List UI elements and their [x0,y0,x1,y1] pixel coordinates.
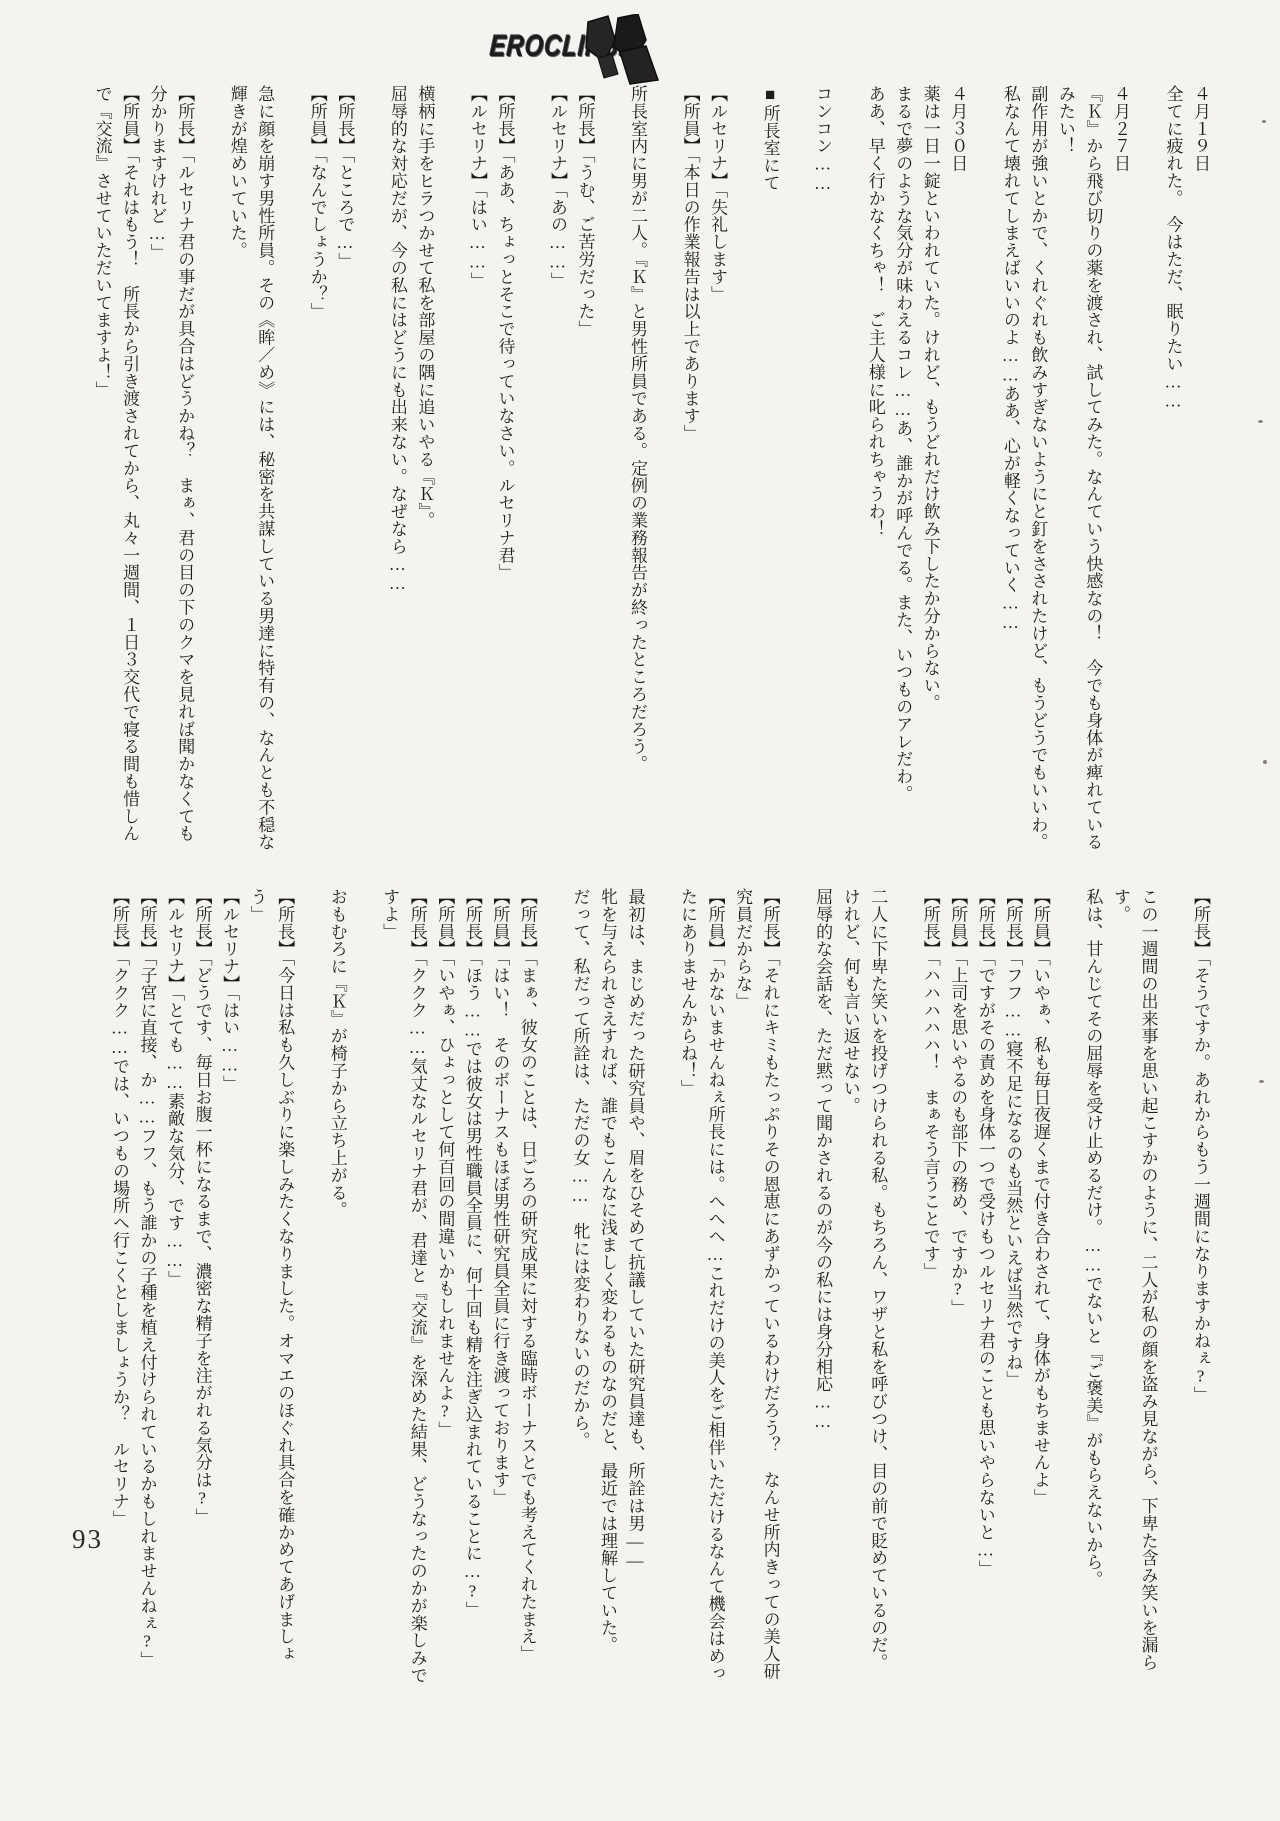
diary-text-block: ４月１９日全てに疲れた。 今はただ、眠りたい……４月２７日『Ｋ』から飛び切りの薬… [84,85,1214,857]
text-line: 【所員】「かないませんねぇ所長には。へへへ…これだけの美人をご相伴いただけるなん… [674,888,729,1688]
text-line: 【所長】「今日は私も久しぶりに楽しみたくなりました。オマエのほぐれ具合を確かめて… [243,888,298,1688]
text-line: まるで夢のような気分が味わえるコレ……あ、誰かが呼んでる。また、いつものアレだわ… [889,85,917,857]
text-line: 【ルセリナ】「はい……」 [216,888,244,1688]
text-line: 【所員】「なんでしょうか？」 [303,85,331,857]
text-line: 二人に下卑た笑いを投げつけられる私。もちろん、ワザと私を呼びつけ、目の前で貶めて… [864,888,892,1688]
text-line: 所長室内に男が二人。『Ｋ』と男性所員である。定例の業務報告が終ったところだろう。 [624,85,652,857]
text-line: 【所長】「子宮に直接、か……フフ、もう誰かの子種を植え付けられているかもしれませ… [133,888,161,1688]
text-line: 急に顔を崩す男性所員。その《眸／め》には、秘密を共謀している男達に特有の、なんと… [223,85,278,857]
text-line: 牝を与えられさえすれば、誰でもこんなに浅ましく変わるものなのだと、最近では理解し… [593,888,621,1688]
office-scene-text-block: 【所長】「そうですか。あれからもう一週間になりますかねぇ?」この一週間の出来事を… [84,888,1214,1688]
text-line: 【ルセリナ】「はい……」 [463,85,491,857]
scan-speck [1262,120,1266,123]
text-line: だって、私だって所詮は、ただの女…… 牝には変わりないのだから。 [566,888,594,1688]
text-line: 【所長】「ああ、ちょっとそこで待っていなさい。ルセリナ君」 [491,85,519,857]
text-line: 全てに疲れた。 今はただ、眠りたい…… [1159,85,1187,857]
text-line: 【所員】「上司を思いやるのも部下の務め、ですか?」 [944,888,972,1688]
text-line: 【ルセリナ】「とても……素敵な気分、です……」 [161,888,189,1688]
eroclipse-logo: EROCLIPSE [452,14,692,84]
text-line: ■所長室にて [756,85,784,857]
scan-speck [1259,1080,1264,1083]
text-line: 【所員】「いやぁ、私も毎日夜遅くまで付き合わされて、身体がもちませんよ」 [1026,888,1054,1688]
text-line: けれど、何も言い返せない。 [836,888,864,1688]
text-line: 【所員】「はい！ そのボーナスもほぼ男性研究員全員に行き渡っております」 [486,888,514,1688]
text-line: 『Ｋ』から飛び切りの薬を渡され、試してみた。なんていう快感なの！ 今でも身体が痺… [1051,85,1106,857]
text-line: 私は、甘んじてその屈辱を受け止めるだけ。……でないと『ご褒美』がもらえないから。 [1079,888,1107,1688]
text-line: 最初は、まじめだった研究員や、眉をひそめて抗議していた研究員達も、所詮は男―― [621,888,649,1688]
text-line: 【所長】「ルセリナ君の事だが具合はどうかね？ まぁ、君の目の下のクマを見れば聞か… [143,85,198,857]
text-line: 屈辱的な会話を、ただ黙って聞かされるのが今の私には身分相応…… [809,888,837,1688]
text-line: おもむろに『Ｋ』が椅子から立ち上がる。 [323,888,351,1688]
text-line: ああ、早く行かなくちゃ！ ご主人様に叱られちゃうわ！ [861,85,889,857]
text-line: 薬は一日一錠といわれていた。けれど、もうどれだけ飲み下したか分からない。 [916,85,944,857]
text-line: 横柄に手をヒラつかせて私を部屋の隅に追いやる『Ｋ』。 [411,85,439,857]
text-line: 【所長】「ククク……では、いつもの場所へ行こくとしましょうか？ ルセリナ」 [105,888,133,1688]
text-line: 【所長】「ところで…」 [331,85,359,857]
text-line: 【所長】「それにキミもたっぷりその恩恵にあずかっているわけだろう？ なんせ所内き… [729,888,784,1688]
text-line: コンコン…… [809,85,837,857]
text-line: ４月１９日 [1186,85,1214,857]
text-line: 【所長】「ハハハハハ！ まぁそう言うことです」 [916,888,944,1688]
text-line: 【ルセリナ】「失礼します」 [704,85,732,857]
scanned-book-page: EROCLIPSE ４月１９日全てに疲れた。 今はただ、眠りたい……４月２７日『… [0,0,1280,1821]
text-line: 【所長】「ククク……気丈なルセリナ君が、君達と『交流』を深めた結果、どうなったの… [376,888,431,1688]
text-line: ４月３０日 [944,85,972,857]
text-line: 屈辱的な対応だが、今の私にはどうにも出来ない。なぜなら…… [383,85,411,857]
text-line: 【所長】「まぁ、彼女のことは、日ごろの研究成果に対する臨時ボーナスとでも考えてく… [513,888,541,1688]
scan-speck [1263,760,1267,764]
text-line: 【所長】「うむ、ご苦労だった」 [571,85,599,857]
page-number: 93 [72,1524,103,1555]
text-line: 副作用が強いとかで、くれぐれも飲みすぎないようにと釘をさされたけど、もうどうでも… [996,85,1051,857]
text-line: 【所長】「どうです、毎日お腹一杯になるまで、濃密な精子を注がれる気分は?」 [188,888,216,1688]
scan-speck [1258,420,1263,423]
text-line: 【所員】「いやぁ、ひょっとして何百回の間違いかもしれませんよ?」 [431,888,459,1688]
text-line: 【所長】「フフ……寝不足になるのも当然といえば当然ですね」 [999,888,1027,1688]
text-line: 【所員】「本日の作業報告は以上であります」 [676,85,704,857]
eroclipse-emblem-icon [554,14,684,86]
text-line: 【所員】「それはもう！ 所長から引き渡されてから、丸々一週間、１日３交代で寝る間… [88,85,143,857]
text-line: 【所長】「ほう……では彼女は男性職員全員に、何十回も精を注ぎ込まれていることに…… [458,888,486,1688]
text-line: 【所長】「ですがその責めを身体一つで受けもつルセリナ君のことも思いやらないと…」 [971,888,999,1688]
text-line: ４月２７日 [1106,85,1134,857]
text-line: この一週間の出来事を思い起こすかのように、二人が私の顔を盗み見ながら、下卑た含み… [1106,888,1161,1688]
text-line: 【ルセリナ】「あの……」 [543,85,571,857]
text-line: 【所長】「そうですか。あれからもう一週間になりますかねぇ?」 [1186,888,1214,1688]
